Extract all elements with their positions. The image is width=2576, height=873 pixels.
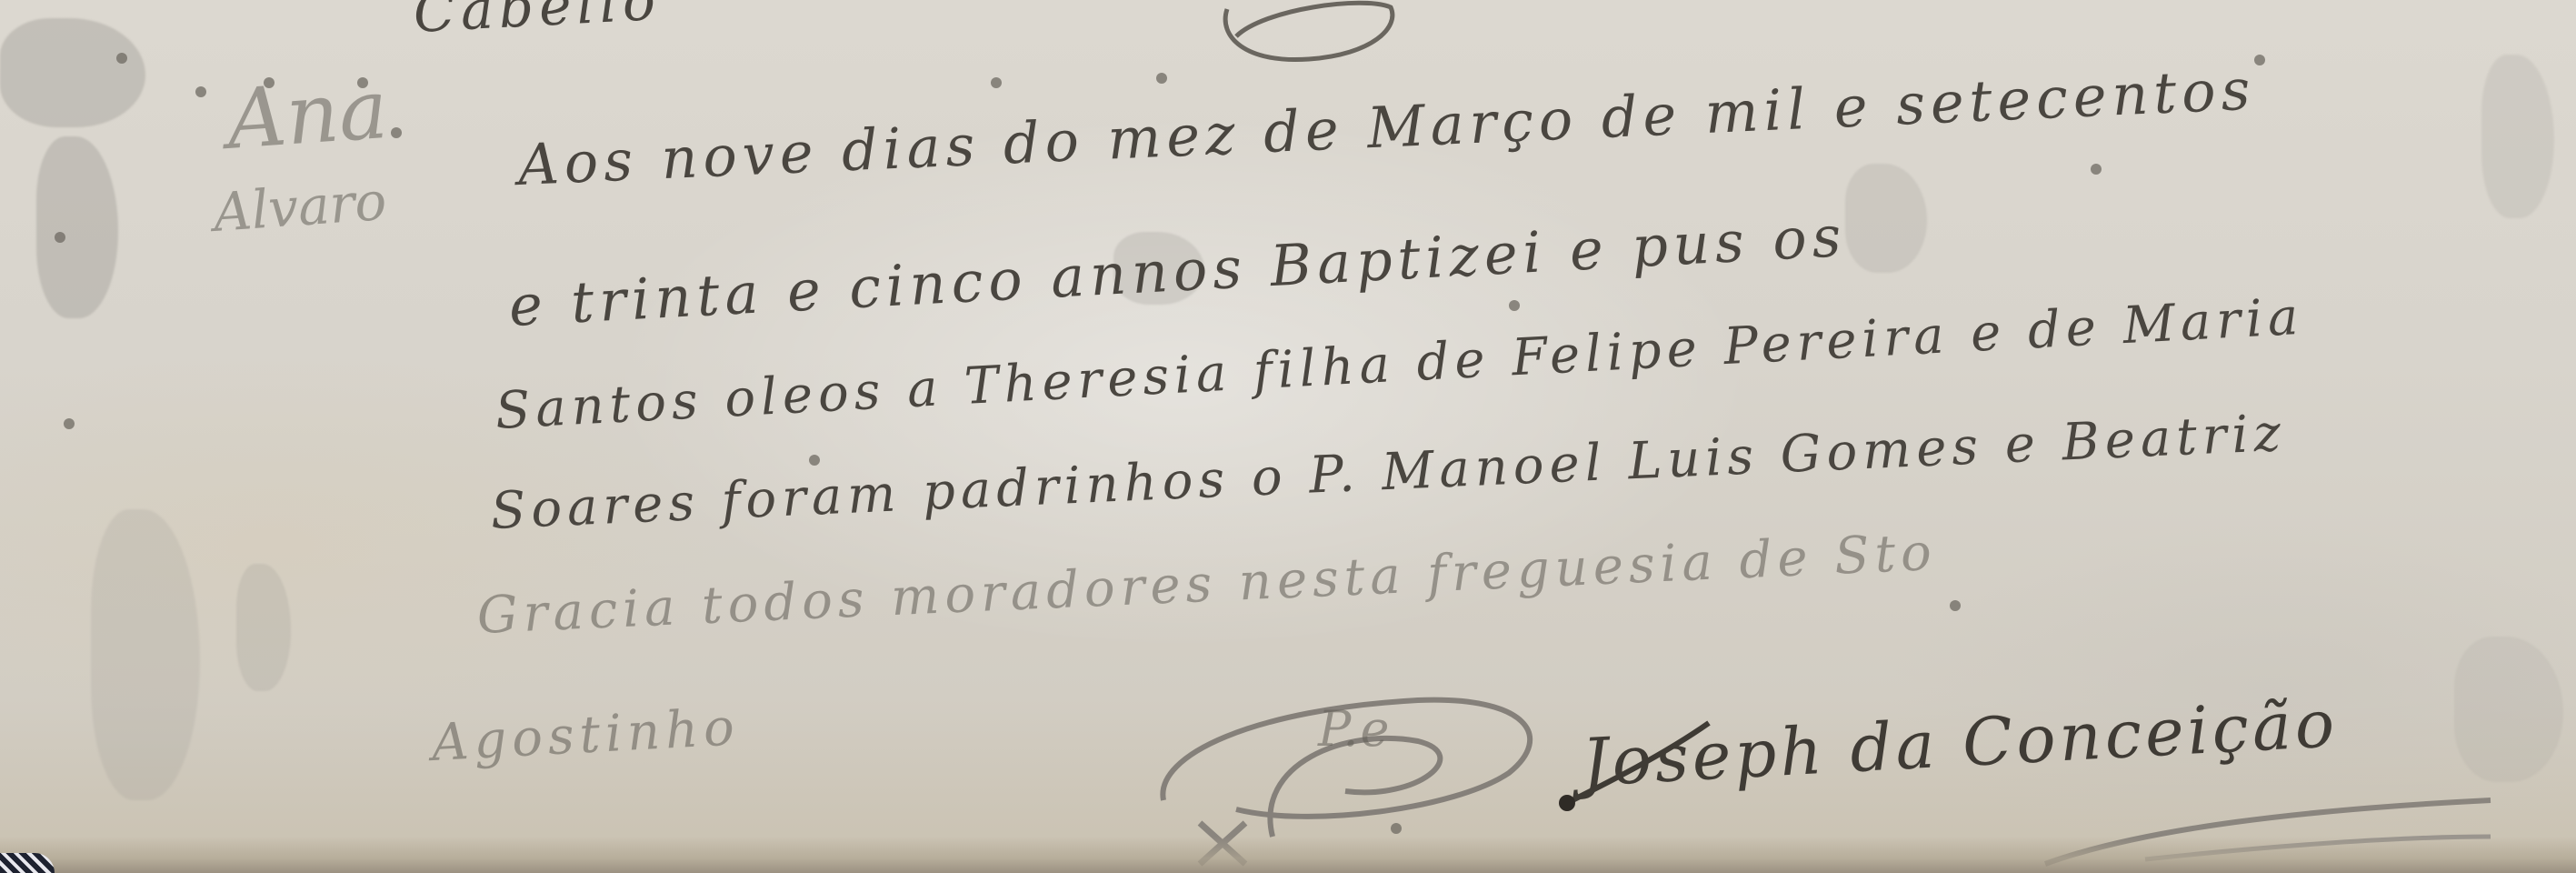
margin-name-2: Alvaro [212,170,389,244]
ink-dot [1950,600,1961,611]
water-stain [36,136,118,318]
ink-dot [2091,164,2102,175]
page-bottom-edge [0,837,2576,873]
entry-line-1: Aos nove dias do mez de Março de mil e s… [516,56,2256,198]
water-stain [1845,164,1927,273]
entry-line-5: Gracia todos moradores nesta freguesia d… [476,523,1939,646]
ink-dot [195,86,206,97]
background-fabric [0,853,55,873]
ink-dot [64,418,75,429]
margin-name-1: Ana [224,62,391,168]
oval-flourish-top [1209,0,1418,73]
ink-dot [55,232,65,243]
water-stain [0,18,145,127]
ink-dot [809,455,820,466]
water-stain [2481,55,2554,218]
water-stain [2454,637,2563,782]
priest-mark: P.e [1318,700,1392,758]
water-stain [91,509,200,800]
previous-entry-fragment: Cabello [412,0,662,45]
ink-dot [991,77,1002,88]
ink-dot [1156,73,1167,84]
entry-line-6: Agostinho [430,697,741,773]
ink-dot [116,53,127,64]
ink-dot [1509,300,1520,311]
water-stain [236,564,291,691]
signature-lead-stroke [1554,718,1718,818]
ink-dot [391,127,402,138]
manuscript-page: Cabello Ana Alvaro Aos nove dias do mez … [0,0,2576,873]
entry-line-2: e trinta e cinco annos Baptizei e pus os [507,203,1848,339]
ink-dot [2254,55,2265,65]
